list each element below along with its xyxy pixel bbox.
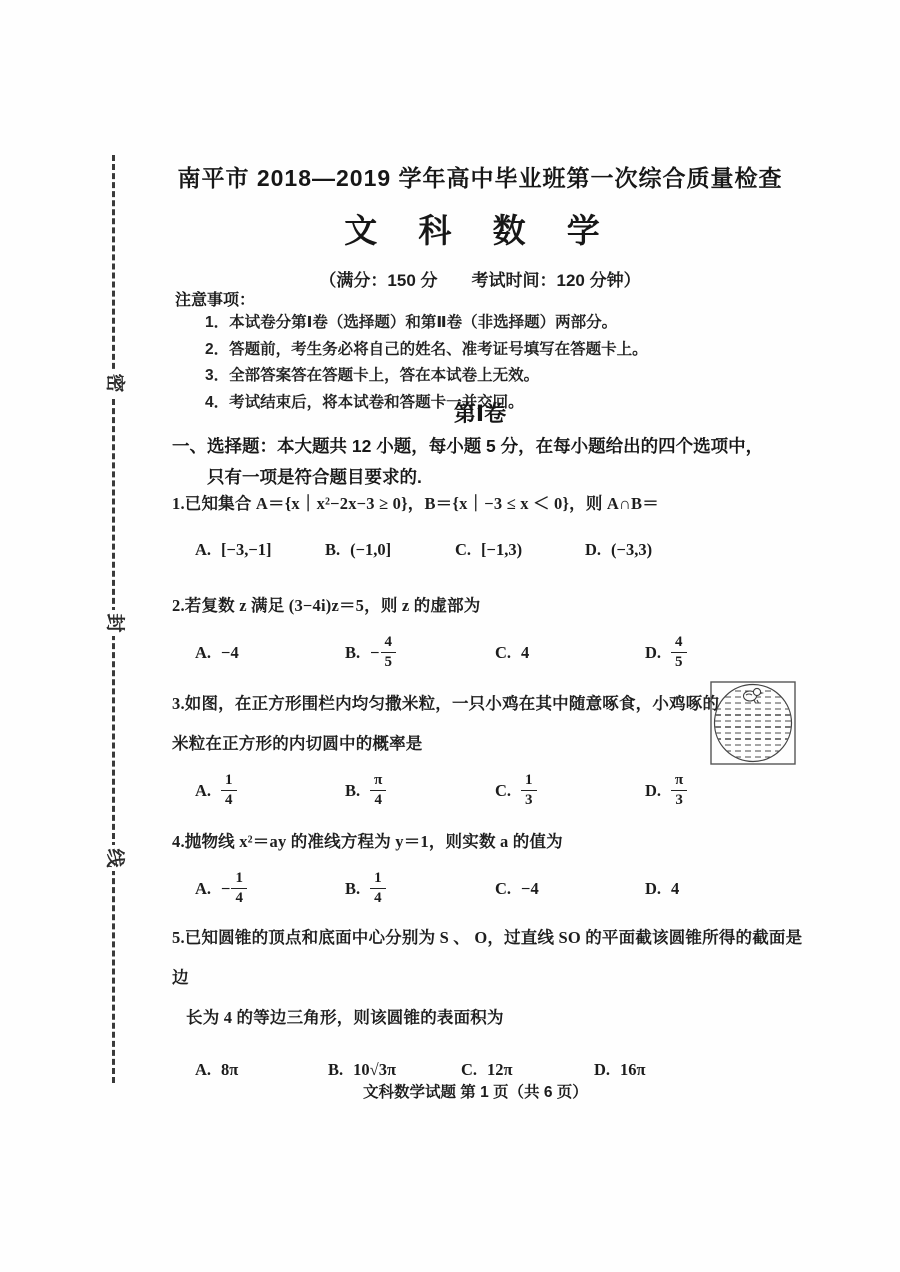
option-b: B. 10√3π: [328, 1060, 461, 1080]
option-value: 10√3π: [353, 1060, 396, 1080]
option-sign: −: [221, 879, 230, 899]
option-c: C. [−1,3): [455, 540, 585, 560]
fraction: 4 5: [381, 634, 397, 672]
option-c: C. 12π: [461, 1060, 594, 1080]
fraction: 1 4: [231, 870, 247, 908]
fraction-numerator: 1: [231, 870, 247, 889]
option-value: −4: [221, 643, 239, 663]
seal-char-1: 密: [101, 370, 127, 396]
option-value: 12π: [487, 1060, 513, 1080]
fraction-denominator: 4: [370, 889, 386, 907]
fraction-denominator: 5: [381, 653, 397, 671]
option-a: A. [−3,−1]: [195, 540, 325, 560]
option-label: D.: [645, 879, 661, 899]
inscribed-circle-figure: [710, 681, 796, 765]
option-label: D.: [585, 540, 601, 560]
option-label: A.: [195, 643, 211, 663]
question-5: 5.已知圆锥的顶点和底面中心分别为 S 、 O，过直线 SO 的平面截该圆锥所得…: [172, 918, 852, 1080]
fraction-numerator: 1: [521, 772, 537, 791]
seal-char-2: 封: [101, 610, 127, 636]
option-value: 4: [521, 643, 529, 663]
option-label: B.: [345, 781, 360, 801]
option-label: B.: [345, 879, 360, 899]
fraction-numerator: 4: [671, 634, 687, 653]
fraction-denominator: 4: [231, 889, 247, 907]
question-4-stem: 4.抛物线 x²＝ay 的准线方程为 y＝1，则实数 a 的值为: [172, 828, 852, 852]
option-sign: −: [370, 643, 379, 663]
option-value: (−3,3): [611, 540, 652, 560]
fraction-denominator: 4: [221, 791, 237, 809]
option-a: A. 8π: [195, 1060, 328, 1080]
question-3-stem: 3.如图，在正方形围栏内均匀撒米粒，一只小鸡在其中随意啄食，小鸡啄的 米粒在正方…: [172, 684, 727, 764]
option-label: A.: [195, 1060, 211, 1080]
fraction-denominator: 4: [370, 791, 386, 809]
question-3-options: A. 1 4 B. π 4 C. 1 3: [172, 772, 852, 810]
fraction: 1 4: [370, 870, 386, 908]
question-5-stem-line1: 5.已知圆锥的顶点和底面中心分别为 S 、 O，过直线 SO 的平面截该圆锥所得…: [172, 928, 802, 987]
option-c: C. 4: [495, 643, 645, 663]
option-value: −4: [521, 879, 539, 899]
fraction-denominator: 5: [671, 653, 687, 671]
option-d: D. 16π: [594, 1060, 646, 1080]
seal-char-3: 线: [101, 845, 127, 871]
option-label: A.: [195, 781, 211, 801]
option-label: B.: [325, 540, 340, 560]
fraction-numerator: π: [671, 772, 687, 791]
option-label: C.: [495, 879, 511, 899]
fraction-numerator: 4: [381, 634, 397, 653]
fraction: 1 4: [221, 772, 237, 810]
option-a: A. 1 4: [195, 772, 345, 810]
option-b: B. (−1,0]: [325, 540, 455, 560]
option-b: B. 1 4: [345, 870, 495, 908]
option-value: 8π: [221, 1060, 238, 1080]
question-1-stem: 1.已知集合 A＝{x｜x²−2x−3 ≥ 0}，B＝{x｜−3 ≤ x ＜ 0…: [172, 490, 852, 514]
fraction: 4 5: [671, 634, 687, 672]
fraction-numerator: π: [370, 772, 386, 791]
option-label: A.: [195, 879, 211, 899]
question-1: 1.已知集合 A＝{x｜x²−2x−3 ≥ 0}，B＝{x｜−3 ≤ x ＜ 0…: [172, 490, 852, 560]
fraction-denominator: 3: [521, 791, 537, 809]
volume-title: 第Ⅰ卷: [120, 397, 840, 428]
subject-title: 文 科 数 学: [120, 205, 840, 252]
instruction-line-1: 一、选择题：本大题共 12 小题，每小题 5 分，在每小题给出的四个选项中，: [172, 431, 842, 462]
option-a: A. − 1 4: [195, 870, 345, 908]
option-label: D.: [645, 643, 661, 663]
option-value: [−1,3): [481, 540, 522, 560]
option-d: D. (−3,3): [585, 540, 652, 560]
notice-item-1: 1．本试卷分第Ⅰ卷（选择题）和第Ⅱ卷（非选择题）两部分。: [175, 310, 815, 337]
option-c: C. 1 3: [495, 772, 645, 810]
question-2: 2.若复数 z 满足 (3−4i)z＝5，则 z 的虚部为 A. −4 B. −…: [172, 592, 852, 672]
option-label: A.: [195, 540, 211, 560]
option-value: 4: [671, 879, 679, 899]
option-d: D. π 3: [645, 772, 687, 810]
option-b: B. π 4: [345, 772, 495, 810]
option-label: C.: [495, 781, 511, 801]
question-3-stem-line1: 3.如图，在正方形围栏内均匀撒米粒，一只小鸡在其中随意啄食，小鸡啄的: [172, 694, 719, 713]
notice-heading: 注意事项：: [175, 287, 815, 310]
option-a: A. −4: [195, 643, 345, 663]
notice-item-2: 2．答题前，考生务必将自己的姓名、准考证号填写在答题卡上。: [175, 337, 815, 364]
option-label: B.: [345, 643, 360, 663]
instruction-line-2: 只有一项是符合题目要求的.: [172, 462, 842, 493]
question-3-stem-line2: 米粒在正方形的内切圆中的概率是: [172, 724, 727, 764]
question-5-stem: 5.已知圆锥的顶点和底面中心分别为 S 、 O，过直线 SO 的平面截该圆锥所得…: [172, 918, 812, 1038]
exam-header: 南平市 2018—2019 学年高中毕业班第一次综合质量检查 文 科 数 学 （…: [120, 160, 840, 291]
fraction-numerator: 1: [370, 870, 386, 889]
question-5-options: A. 8π B. 10√3π C. 12π D. 16π: [172, 1060, 852, 1080]
option-c: C. −4: [495, 879, 645, 899]
exam-title: 南平市 2018—2019 学年高中毕业班第一次综合质量检查: [120, 160, 840, 193]
option-value: [−3,−1]: [221, 540, 271, 560]
fraction-denominator: 3: [671, 791, 687, 809]
option-label: B.: [328, 1060, 343, 1080]
question-4-options: A. − 1 4 B. 1 4 C. −4 D. 4: [172, 870, 852, 908]
option-value: (−1,0]: [350, 540, 391, 560]
option-b: B. − 4 5: [345, 634, 495, 672]
fraction: π 4: [370, 772, 386, 810]
option-label: C.: [455, 540, 471, 560]
seal-line: 密 封 线: [112, 155, 115, 1083]
fraction: π 3: [671, 772, 687, 810]
option-value: 16π: [620, 1060, 646, 1080]
fraction-numerator: 1: [221, 772, 237, 791]
question-2-stem: 2.若复数 z 满足 (3−4i)z＝5，则 z 的虚部为: [172, 592, 852, 616]
option-label: D.: [594, 1060, 610, 1080]
fraction: 1 3: [521, 772, 537, 810]
section-instruction: 一、选择题：本大题共 12 小题，每小题 5 分，在每小题给出的四个选项中， 只…: [172, 431, 842, 493]
question-2-options: A. −4 B. − 4 5 C. 4 D. 4 5: [172, 634, 852, 672]
notice-item-3: 3．全部答案答在答题卡上，答在本试卷上无效。: [175, 363, 815, 390]
option-label: D.: [645, 781, 661, 801]
page-footer: 文科数学试题 第 1 页（共 6 页）: [363, 1080, 588, 1102]
option-label: C.: [461, 1060, 477, 1080]
option-label: C.: [495, 643, 511, 663]
option-d: D. 4 5: [645, 634, 687, 672]
question-5-stem-line2: 长为 4 的等边三角形，则该圆锥的表面积为: [172, 998, 812, 1038]
question-1-options: A. [−3,−1] B. (−1,0] C. [−1,3) D. (−3,3): [172, 540, 852, 560]
option-d: D. 4: [645, 879, 679, 899]
exam-page: 密 封 线 南平市 2018—2019 学年高中毕业班第一次综合质量检查 文 科…: [0, 0, 900, 1272]
question-4: 4.抛物线 x²＝ay 的准线方程为 y＝1，则实数 a 的值为 A. − 1 …: [172, 828, 852, 908]
